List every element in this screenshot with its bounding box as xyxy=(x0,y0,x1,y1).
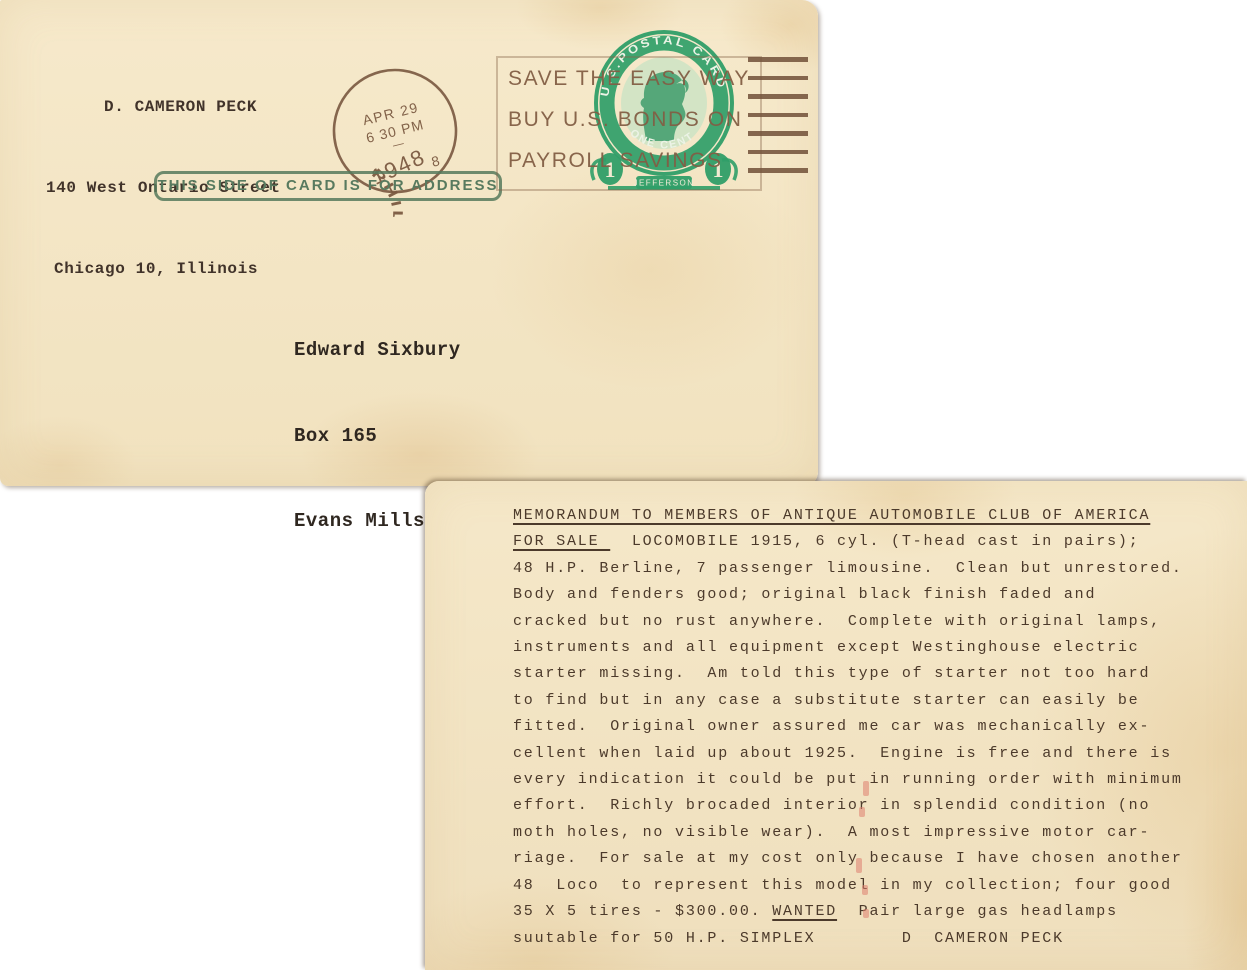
slogan-line: BUY U.S. BONDS ON xyxy=(498,99,760,140)
address-box: THIS SIDE OF CARD IS FOR ADDRESS xyxy=(154,171,502,201)
memo-text-segment: 35 X 5 tires - $300.00. xyxy=(513,903,772,920)
cancel-bar xyxy=(748,168,808,173)
memo-line: cracked but no rust anywhere. Complete w… xyxy=(513,609,1183,635)
ink-smudge xyxy=(859,807,865,817)
memo-text-segment: riage. For sale at my cost only because … xyxy=(513,850,1183,867)
memo-text-segment: fitted. Original owner assured me car wa… xyxy=(513,718,1150,735)
cancel-bar xyxy=(748,76,808,81)
cancel-bar xyxy=(748,113,808,118)
memo-text-segment: Body and fenders good; original black fi… xyxy=(513,586,1096,603)
slogan-line: SAVE THE EASY WAY xyxy=(498,58,760,99)
ink-smudge xyxy=(863,909,869,918)
ink-smudge xyxy=(863,781,869,796)
postmark-dash: — xyxy=(392,137,406,151)
slogan-line: PAYROLL SAVINGS xyxy=(498,140,760,181)
memo-text: MEMORANDUM TO MEMBERS OF ANTIQUE AUTOMOB… xyxy=(513,503,1183,952)
memo-line: 35 X 5 tires - $300.00. WANTED Pair larg… xyxy=(513,899,1183,925)
memo-line: riage. For sale at my cost only because … xyxy=(513,846,1183,872)
cancel-bars xyxy=(748,57,808,187)
memo-text-segment: instruments and all equipment except Wes… xyxy=(513,639,1139,656)
postcard-front: D. CAMERON PECK 140 West Ontario Street … xyxy=(0,0,818,486)
memo-text-segment: LOCOMOBILE 1915, 6 cyl. (T-head cast in … xyxy=(610,533,1139,550)
memo-line: 48 H.P. Berline, 7 passenger limousine. … xyxy=(513,556,1183,582)
memo-underlined-text: WANTED xyxy=(772,903,837,920)
memo-line: Body and fenders good; original black fi… xyxy=(513,582,1183,608)
memo-underlined-text: FOR SALE xyxy=(513,533,610,550)
cancel-bar xyxy=(748,131,808,136)
ink-smudge xyxy=(862,885,868,895)
memo-line: MEMORANDUM TO MEMBERS OF ANTIQUE AUTOMOB… xyxy=(513,503,1183,529)
ink-smudge xyxy=(856,858,862,873)
memo-text-segment: cracked but no rust anywhere. Complete w… xyxy=(513,613,1161,630)
memo-text-segment: suutable for 50 H.P. SIMPLEX D CAMERON P… xyxy=(513,930,1064,947)
memo-text-segment: 48 Loco to represent this model in my co… xyxy=(513,877,1172,894)
cancel-bar xyxy=(748,94,808,99)
memo-text-segment: to find but in any case a substitute sta… xyxy=(513,692,1139,709)
memo-underlined-text: MEMORANDUM TO MEMBERS OF ANTIQUE AUTOMOB… xyxy=(513,507,1150,524)
postcard-back: MEMORANDUM TO MEMBERS OF ANTIQUE AUTOMOB… xyxy=(425,481,1247,970)
memo-text-segment: starter missing. Am told this type of st… xyxy=(513,665,1150,682)
postmark: PHILADELPHIA,PA. APR 29 6 30 PM — 1948 8 xyxy=(296,31,493,231)
recipient-line: Edward Sixbury xyxy=(294,336,508,365)
memo-text-segment: 48 H.P. Berline, 7 passenger limousine. … xyxy=(513,560,1183,577)
memo-text-segment: Pair large gas headlamps xyxy=(837,903,1118,920)
memo-line: to find but in any case a substitute sta… xyxy=(513,688,1183,714)
address-box-label: THIS SIDE OF CARD IS FOR ADDRESS xyxy=(158,177,499,194)
memo-line: fitted. Original owner assured me car wa… xyxy=(513,714,1183,740)
memo-text-segment: every indication it could be put in runn… xyxy=(513,771,1183,788)
return-address-line: D. CAMERON PECK xyxy=(46,94,281,121)
cancel-bar xyxy=(748,57,808,62)
memo-line: starter missing. Am told this type of st… xyxy=(513,661,1183,687)
slogan-cancel: SAVE THE EASY WAY BUY U.S. BONDS ON PAYR… xyxy=(496,56,762,191)
memo-line: cellent when laid up about 1925. Engine … xyxy=(513,741,1183,767)
recipient-line: Box 165 xyxy=(294,422,508,451)
return-address-line: Chicago 10, Illinois xyxy=(46,256,281,283)
memo-line: 48 Loco to represent this model in my co… xyxy=(513,873,1183,899)
memo-text-segment: cellent when laid up about 1925. Engine … xyxy=(513,745,1172,762)
cancel-bar xyxy=(748,150,808,155)
memo-text-segment: moth holes, no visible wear). A most imp… xyxy=(513,824,1150,841)
memo-line: FOR SALE LOCOMOBILE 1915, 6 cyl. (T-head… xyxy=(513,529,1183,555)
memo-line: effort. Richly brocaded interior in sple… xyxy=(513,793,1183,819)
postmark-die-number: 8 xyxy=(430,152,442,169)
memo-line: every indication it could be put in runn… xyxy=(513,767,1183,793)
memo-text-segment: effort. Richly brocaded interior in sple… xyxy=(513,797,1150,814)
memo-line: instruments and all equipment except Wes… xyxy=(513,635,1183,661)
memo-line: moth holes, no visible wear). A most imp… xyxy=(513,820,1183,846)
memo-line: suutable for 50 H.P. SIMPLEX D CAMERON P… xyxy=(513,926,1183,952)
